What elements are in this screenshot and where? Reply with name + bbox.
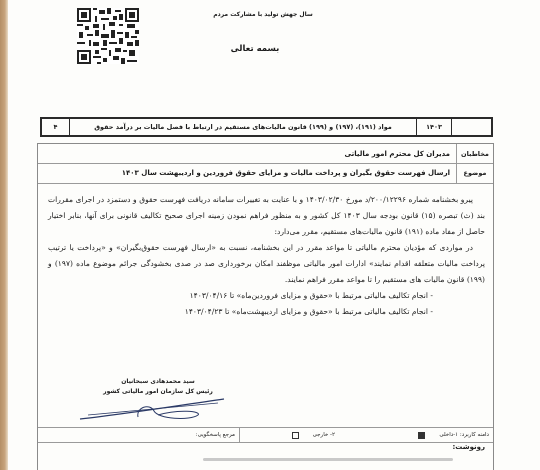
qr-code-icon — [77, 8, 139, 64]
reference-label: مرجع پاسخگویی: — [196, 432, 235, 438]
bismillah-heading: بسمه تعالی — [200, 44, 310, 54]
internal-checkbox[interactable] — [418, 432, 425, 439]
external-label: ۲- خارجی — [313, 432, 335, 438]
deadline-item-farvardin: - انجام تکالیف مالیاتی مرتبط با «حقوق و … — [48, 288, 485, 304]
year-slogan: سال جهش تولید با مشارکت مردم — [180, 11, 346, 18]
addressee-label: مخاطبان — [456, 144, 493, 163]
signature-block: سید محمدهادی سبحانیان رئیس کل سازمان امو… — [83, 377, 233, 397]
subject-label: موضوع — [456, 163, 493, 183]
letter-table: مخاطبان مدیران کل محترم امور مالیاتی موض… — [37, 143, 494, 470]
cc-label: رونوشت: — [453, 443, 486, 451]
usage-meta-row: دامنه کاربرد: ۱-داخلی ۲- خارجی مرجع پاسخ… — [38, 427, 493, 443]
deadline-item-ordibehesht: - انجام تکالیف مالیاتی مرتبط با «حقوق و … — [48, 304, 485, 320]
external-checkbox[interactable] — [292, 432, 299, 439]
page-number: ۴ — [42, 119, 70, 135]
document-year: ۱۴۰۳ — [417, 119, 452, 135]
signature-scribble-icon — [78, 395, 228, 425]
addressee-row: مخاطبان مدیران کل محترم امور مالیاتی — [38, 144, 493, 164]
usage-external: ۲- خارجی — [240, 428, 339, 442]
body-paragraph-2: در مواردی که مؤدیان محترم مالیاتی تا موا… — [48, 240, 485, 288]
subject-value: ارسال فهرست حقوق بگیران و پرداخت مالیات … — [38, 163, 456, 183]
subject-row: موضوع ارسال فهرست حقوق بگیران و پرداخت م… — [38, 163, 493, 184]
empty-cell — [452, 119, 491, 135]
letter-body: پیرو بخشنامه شماره ۲۰۰/۱۲۲۹۶/د مورخ ۱۴۰۳… — [48, 192, 485, 320]
desk-edge — [0, 0, 8, 470]
usage-internal: دامنه کاربرد: ۱-داخلی — [339, 428, 493, 442]
document-title: مواد (۱۹۱)، (۱۹۷) و (۱۹۹) قانون مالیات‌ه… — [70, 119, 417, 135]
usage-scope-label: دامنه کاربرد: ۱-داخلی — [439, 432, 489, 438]
addressee-value: مدیران کل محترم امور مالیاتی — [38, 144, 456, 163]
cc-text-illegible — [203, 458, 453, 461]
signatory-name: سید محمدهادی سبحانیان — [83, 377, 233, 387]
title-box: ۴ مواد (۱۹۱)، (۱۹۷) و (۱۹۹) قانون مالیات… — [40, 117, 493, 137]
body-paragraph-1: پیرو بخشنامه شماره ۲۰۰/۱۲۲۹۶/د مورخ ۱۴۰۳… — [48, 192, 485, 240]
reference-cell: مرجع پاسخگویی: — [38, 428, 240, 442]
